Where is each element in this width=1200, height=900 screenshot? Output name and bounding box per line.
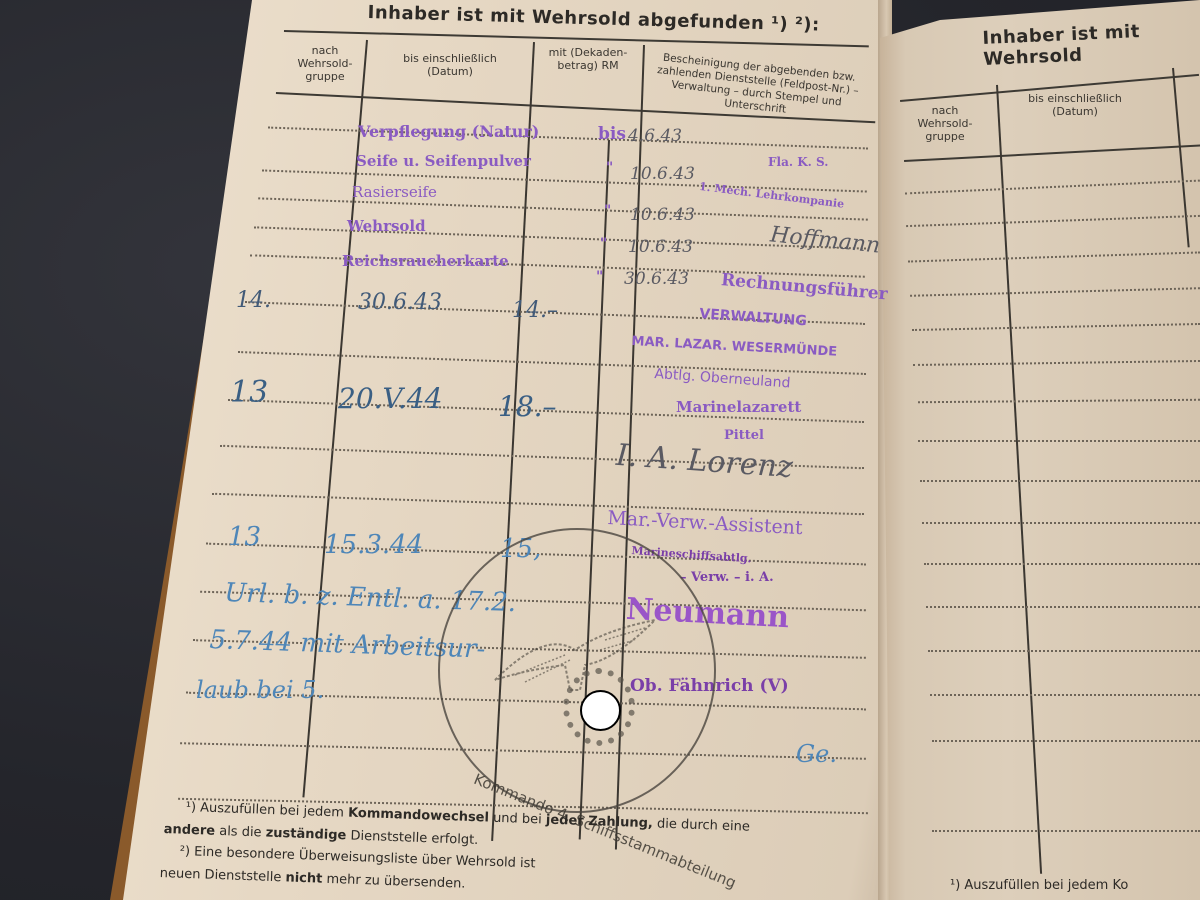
entry-gruppe: 14. (236, 288, 271, 313)
entry-datum: 15.3.44 (324, 530, 423, 560)
right-col-header-gruppe: nach Wehrsold-gruppe (905, 104, 985, 143)
entry-betrag: 18.– (498, 390, 557, 423)
footnote-bold: nicht (285, 870, 322, 886)
footnote-text: und bei (489, 811, 546, 828)
handwritten-note-line: laub bei 5. (196, 676, 324, 704)
handwritten-date: 4.6.43 (628, 126, 682, 146)
entry-datum: 30.6.43 (358, 290, 442, 315)
footnote-text: als die (215, 824, 266, 841)
stamp-item-wehrsold: Wehrsold (347, 217, 426, 235)
stamp-prefix-ditto: " (596, 269, 603, 285)
right-row-line (930, 694, 1200, 696)
entry-betrag: 14.– (512, 298, 558, 323)
col-header-betrag: mit (Dekaden-betrag) RM (548, 46, 628, 72)
handwritten-date: 10.6.43 (628, 237, 693, 257)
stamp-item-seife: Seife u. Seifenpulver (356, 152, 531, 170)
handwritten-date: 10.6.43 (630, 164, 695, 184)
stamp-verw-ia: – Verw. – i. A. (680, 570, 774, 585)
right-row-line (918, 440, 1200, 442)
right-col-header-datum: bis einschließlich (Datum) (1010, 92, 1140, 118)
col-header-datum: bis einschließlich (Datum) (380, 52, 520, 78)
click-marker-indicator (580, 690, 621, 731)
handwritten-date: 10.6.43 (630, 205, 695, 225)
right-row-line (932, 740, 1200, 742)
stamp-prefix-ditto: " (606, 160, 613, 176)
stamp-prefix-ditto: " (600, 236, 607, 252)
stamp-item-rasierseife: Rasierseife (352, 183, 437, 201)
entry-gruppe: 13 (230, 375, 268, 410)
signature-initial: Ge. (796, 740, 837, 768)
footnote-bold: andere (163, 822, 215, 839)
entry-datum: 20.V.44 (338, 382, 442, 415)
right-footnote: ¹) Auszufüllen bei jedem Ko (950, 878, 1128, 893)
right-row-line (928, 650, 1200, 652)
right-row-line (932, 830, 1200, 832)
right-row-line (922, 522, 1200, 524)
stamp-item-verpflegung: Verpflegung (Natur) (358, 122, 539, 141)
handwritten-date: 30.6.43 (624, 269, 689, 289)
entry-gruppe: 13 (228, 522, 261, 552)
stamp-item-reichsraucherkarte: Reichsraucherkarte (342, 252, 509, 270)
stamp-prefix-bis: bis (598, 124, 626, 144)
stamp-unit-fla: Fla. K. S. (768, 155, 828, 169)
stamp-pittel: Pittel (724, 428, 764, 443)
stamp-prefix-ditto: " (604, 203, 611, 219)
col-header-gruppe: nach Wehrsold-gruppe (290, 44, 360, 83)
right-row-line (926, 606, 1200, 608)
right-row-line (920, 480, 1200, 482)
right-row-line (924, 563, 1200, 565)
stamp-marinelazarett: Marinelazarett (676, 398, 801, 416)
footnote-bold: zuständige (265, 826, 346, 844)
